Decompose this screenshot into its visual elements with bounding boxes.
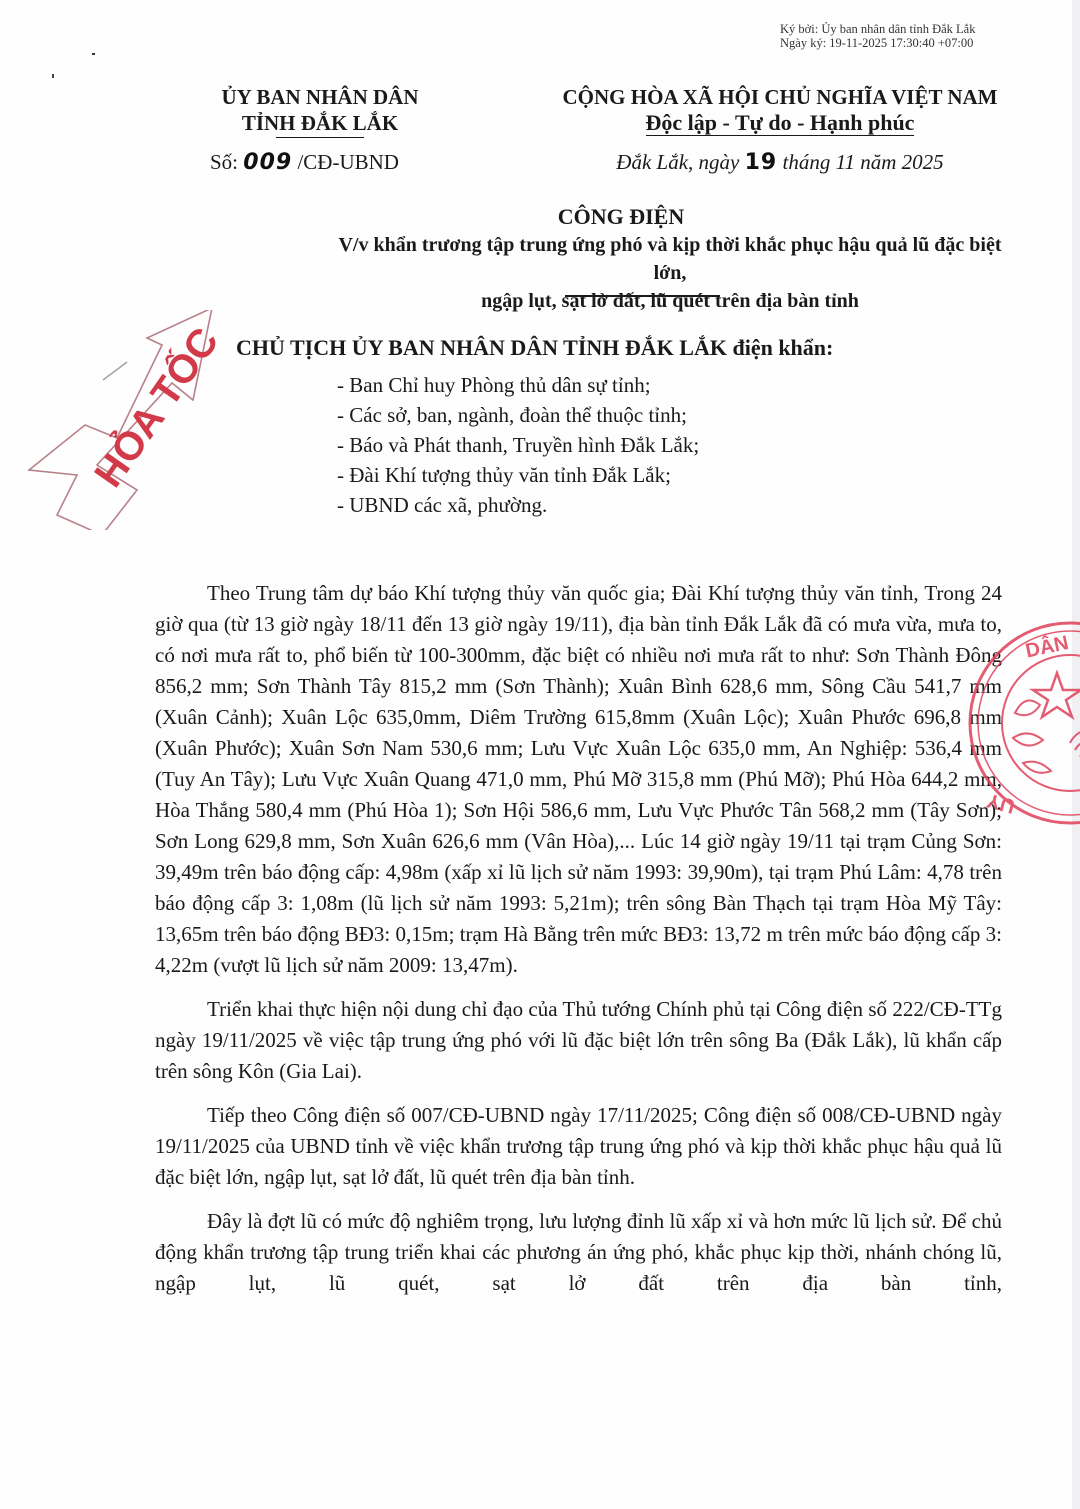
- national-motto: Độc lập - Tự do - Hạnh phúc: [646, 111, 915, 136]
- document-body: Theo Trung tâm dự báo Khí tượng thủy văn…: [155, 578, 1002, 1312]
- scan-speck: [92, 53, 95, 55]
- recipient-item: - Đài Khí tượng thủy văn tỉnh Đắk Lắk;: [337, 460, 699, 490]
- body-paragraph: Theo Trung tâm dự báo Khí tượng thủy văn…: [155, 578, 1002, 981]
- recipient-item: - Các sở, ban, ngành, đoàn thể thuộc tỉn…: [337, 400, 699, 430]
- svg-text:DÂN: DÂN: [1023, 630, 1070, 662]
- subject-underline: [565, 295, 720, 297]
- recipient-list: - Ban Chỉ huy Phòng thủ dân sự tỉnh; - C…: [337, 370, 699, 520]
- recipient-item: - Ban Chỉ huy Phòng thủ dân sự tỉnh;: [337, 370, 699, 400]
- scan-speck: [52, 74, 54, 78]
- urgent-stamp-icon: HỎA TỐC: [15, 310, 225, 530]
- authority-underline: [276, 137, 364, 139]
- document-number: Số: 009 /CĐ-UBND: [210, 150, 399, 175]
- issuing-authority: ỦY BAN NHÂN DÂN TỈNH ĐẮK LẮK: [180, 84, 460, 136]
- signed-by: Ký bởi: Ủy ban nhân dân tỉnh Đắk Lắk: [780, 22, 975, 36]
- digital-signature-block: Ký bởi: Ủy ban nhân dân tỉnh Đắk Lắk Ngà…: [780, 22, 975, 50]
- document-subject: V/v khẩn trương tập trung ứng phó và kịp…: [330, 231, 1010, 315]
- national-title: CỘNG HÒA XÃ HỘI CHỦ NGHĨA VIỆT NAM: [520, 84, 1040, 110]
- authority-line-1: ỦY BAN NHÂN DÂN: [180, 84, 460, 110]
- handwritten-day: 19: [745, 150, 778, 175]
- signed-at: Ngày ký: 19-11-2025 17:30:40 +07:00: [780, 36, 975, 50]
- place-date: Đắk Lắk, ngày 19 tháng 11 năm 2025: [520, 150, 1040, 175]
- document-title: CÔNG ĐIỆN: [0, 203, 1072, 231]
- svg-text:HỎA TỐC: HỎA TỐC: [85, 319, 225, 495]
- recipient-item: - UBND các xã, phường.: [337, 490, 699, 520]
- national-header: CỘNG HÒA XÃ HỘI CHỦ NGHĨA VIỆT NAM Độc l…: [520, 84, 1040, 136]
- handwritten-number: 009: [243, 150, 292, 175]
- document-page: Ký bởi: Ủy ban nhân dân tỉnh Đắk Lắk Ngà…: [0, 0, 1080, 1509]
- body-paragraph: Tiếp theo Công điện số 007/CĐ-UBND ngày …: [155, 1100, 1002, 1193]
- authority-line-2: TỈNH ĐẮK LẮK: [242, 110, 398, 136]
- body-paragraph: Triển khai thực hiện nội dung chỉ đạo củ…: [155, 994, 1002, 1087]
- body-paragraph: Đây là đợt lũ có mức độ nghiêm trọng, lư…: [155, 1206, 1002, 1299]
- addressee-heading: CHỦ TỊCH ỦY BAN NHÂN DÂN TỈNH ĐẮK LẮK đi…: [236, 335, 833, 361]
- recipient-item: - Báo và Phát thanh, Truyền hình Đắk Lắk…: [337, 430, 699, 460]
